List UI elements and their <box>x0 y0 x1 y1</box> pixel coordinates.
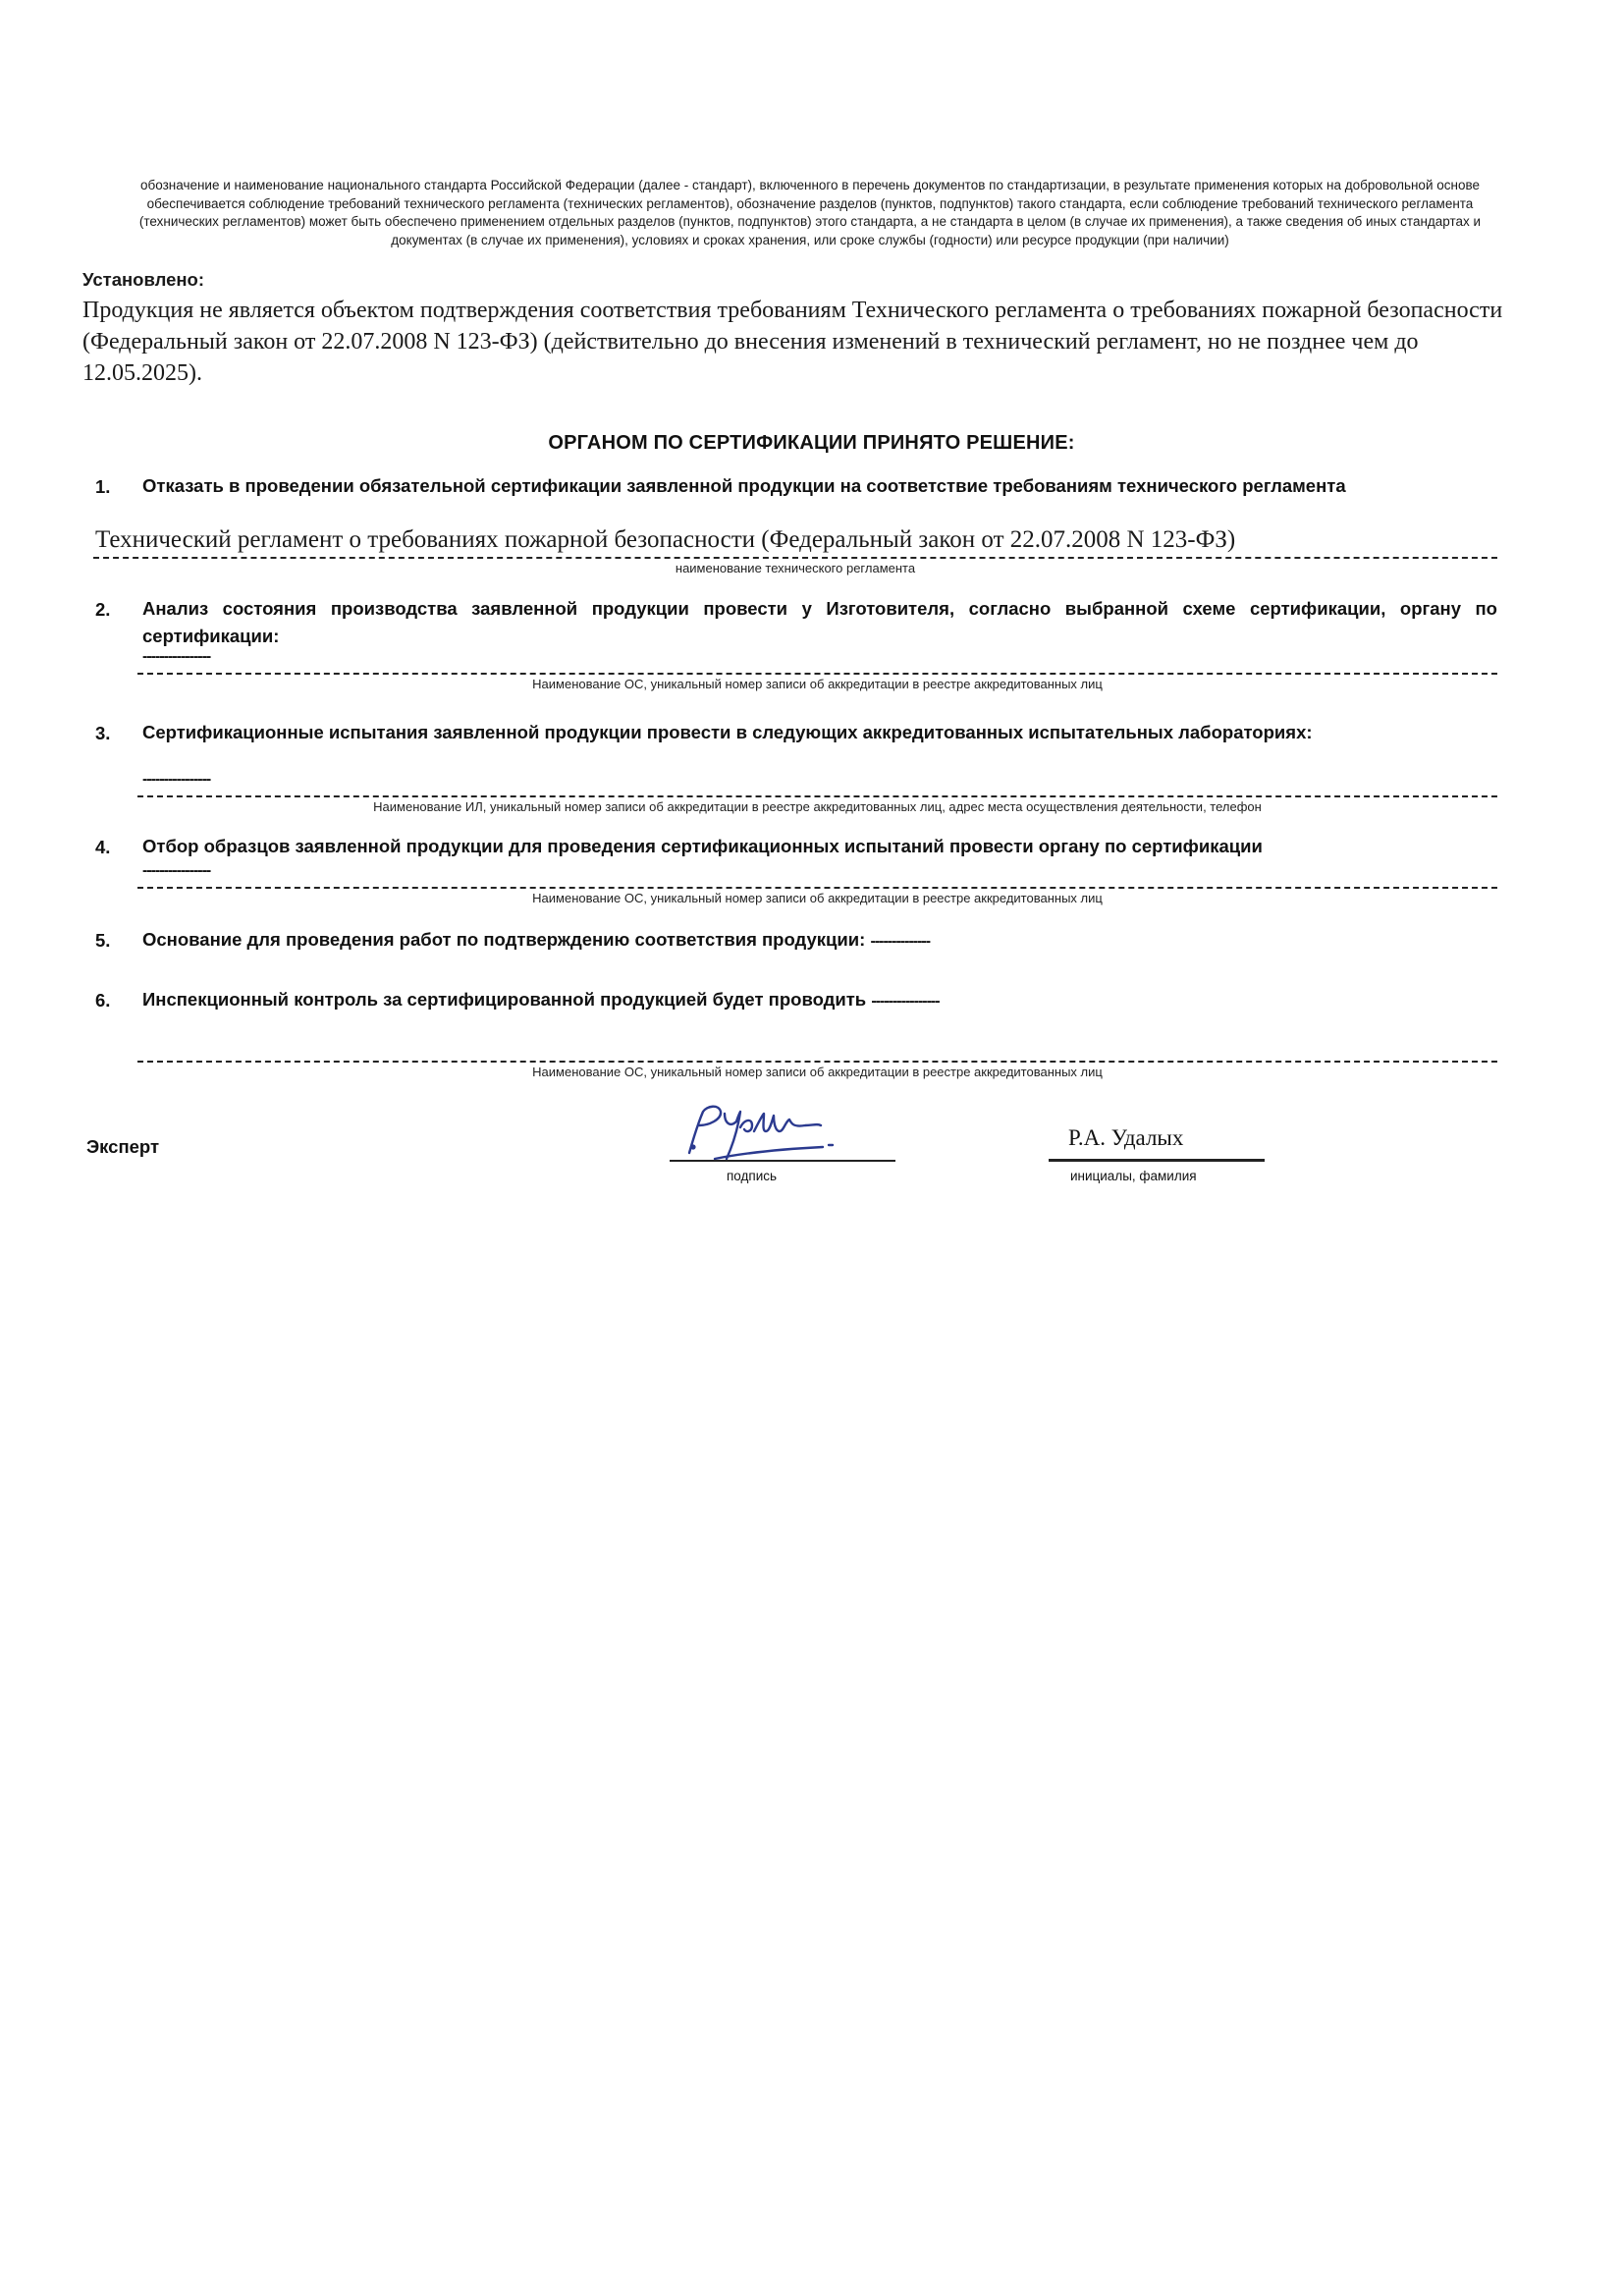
item-4-value: ---------------- <box>142 862 210 880</box>
item-6-caption: Наименование ОС, уникальный номер записи… <box>137 1065 1497 1079</box>
item-1-number: 1. <box>95 476 110 498</box>
signature-caption: подпись <box>727 1169 777 1183</box>
signature-line <box>670 1160 895 1162</box>
item-4-dashed-line <box>137 887 1497 889</box>
item-5-line: Основание для проведения работ по подтве… <box>142 926 930 956</box>
item-6-number: 6. <box>95 990 110 1011</box>
item-2-caption: Наименование ОС, уникальный номер записи… <box>137 677 1497 691</box>
item-2-text: Анализ состояния производства заявленной… <box>142 595 1497 650</box>
item-5-number: 5. <box>95 930 110 952</box>
item-2-number: 2. <box>95 599 110 621</box>
decision-title: ОРГАНОМ ПО СЕРТИФИКАЦИИ ПРИНЯТО РЕШЕНИЕ: <box>0 432 1623 455</box>
name-line <box>1049 1159 1265 1162</box>
item-1-caption: наименование технического регламента <box>93 561 1497 575</box>
item-1-value: Технический регламент о требованиях пожа… <box>95 526 1235 554</box>
item-2-value: ---------------- <box>142 648 210 666</box>
item-4-caption: Наименование ОС, уникальный номер записи… <box>137 891 1497 905</box>
intro-note: обозначение и наименование национального… <box>108 177 1512 249</box>
item-5-text: Основание для проведения работ по подтве… <box>142 929 865 950</box>
item-3-number: 3. <box>95 723 110 744</box>
item-5-value: -------------- <box>870 933 930 950</box>
item-6-text: Инспекционный контроль за сертифицирован… <box>142 989 866 1010</box>
item-3-caption: Наименование ИЛ, уникальный номер записи… <box>137 799 1497 814</box>
item-1-text: Отказать в проведении обязательной серти… <box>142 472 1497 500</box>
item-6-line: Инспекционный контроль за сертифицирован… <box>142 986 940 1015</box>
item-2-dashed-line <box>137 673 1497 675</box>
item-3-value: ---------------- <box>142 771 210 789</box>
item-1-dashed-line <box>93 557 1497 559</box>
name-caption: инициалы, фамилия <box>1070 1169 1197 1183</box>
expert-name: Р.А. Удалых <box>1068 1125 1183 1151</box>
signature-mark-icon <box>676 1102 852 1163</box>
expert-role-label: Эксперт <box>86 1136 159 1158</box>
item-4-text: Отбор образцов заявленной продукции для … <box>142 833 1517 860</box>
item-6-dashed-line <box>137 1061 1497 1063</box>
item-6-value: ---------------- <box>871 993 939 1010</box>
item-3-dashed-line <box>137 795 1497 797</box>
established-label: Установлено: <box>82 269 204 291</box>
item-4-number: 4. <box>95 837 110 858</box>
item-3-text: Сертификационные испытания заявленной пр… <box>142 719 1497 746</box>
established-text: Продукция не является объектом подтвержд… <box>82 295 1516 389</box>
